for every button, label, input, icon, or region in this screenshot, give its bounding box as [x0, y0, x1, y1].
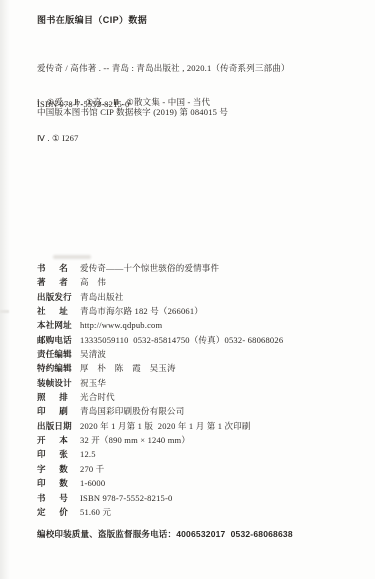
- colophon-row-price: 定价51.60 元: [37, 505, 365, 519]
- colophon-value: 2020 年 1 月第 1 版 2020 年 1 月 第 1 次印刷: [80, 419, 251, 433]
- colophon-value: 13335059110 0532-85814750（传真）0532- 68068…: [80, 333, 283, 347]
- colophon-row-special-editors: 特约编辑厚 朴 陈 霞 吴玉涛: [37, 361, 365, 375]
- cip-classification-line-2: Ⅳ . ① I267: [37, 132, 361, 144]
- colophon-value: 32 开（890 mm × 1240 mm）: [80, 433, 190, 447]
- colophon-value: 青岛出版社: [80, 290, 124, 304]
- colophon-row-isbn: 书号ISBN 978-7-5552-8215-0: [37, 491, 365, 505]
- colophon-label: 责任编辑: [37, 347, 68, 361]
- colophon-value: 高 伟: [80, 275, 106, 289]
- colophon-row-book-title: 书名爱传奇——十个惊世骇俗的爱情事件: [37, 261, 365, 275]
- cip-header: 图书在版编目（CIP）数据: [37, 13, 147, 26]
- colophon-row-editor: 责任编辑吴清波: [37, 347, 365, 361]
- colophon-row-format: 开本32 开（890 mm × 1240 mm）: [37, 433, 365, 447]
- colophon-label: 装帧设计: [37, 376, 68, 390]
- colophon-value: 1-6000: [80, 476, 105, 490]
- colophon-row-publisher: 出版发行青岛出版社: [37, 290, 365, 304]
- colophon-label: 印张: [37, 447, 68, 461]
- colophon-label: 社址: [37, 304, 68, 318]
- colophon-label: 著者: [37, 275, 68, 289]
- colophon-row-designer: 装帧设计祝玉华: [37, 376, 365, 390]
- colophon-label: 书名: [37, 261, 68, 275]
- colophon-value: 爱传奇——十个惊世骇俗的爱情事件: [80, 261, 219, 275]
- scan-edge-artifact: [0, 310, 9, 313]
- colophon-value: 祝玉华: [80, 376, 106, 390]
- colophon-row-word-count: 字数270 千: [37, 462, 365, 476]
- colophon-row-website: 本社网址http://www.qdpub.com: [37, 318, 365, 332]
- colophon-value: 光合时代: [80, 390, 115, 404]
- colophon-row-author: 著者高 伟: [37, 275, 365, 289]
- colophon-label: 照排: [37, 390, 68, 404]
- colophon-label: 字数: [37, 462, 68, 476]
- colophon-value: 吴清波: [80, 347, 106, 361]
- colophon-value: 51.60 元: [80, 505, 111, 519]
- colophon-value: 青岛市海尔路 182 号（266061）: [80, 304, 203, 318]
- colophon-row-sheets: 印张12.5: [37, 447, 365, 461]
- colophon-label: 书号: [37, 491, 68, 505]
- colophon-label: 出版发行: [37, 290, 68, 304]
- colophon-value: 12.5: [80, 447, 96, 461]
- colophon-label: 出版日期: [37, 419, 68, 433]
- book-copyright-page: 图书在版编目（CIP）数据 爱传奇 / 高伟著 . -- 青岛 : 青岛出版社 …: [0, 0, 375, 579]
- colophon-row-order-phone: 邮购电话13335059110 0532-85814750（传真）0532- 6…: [37, 333, 365, 347]
- colophon-value: 青岛国彩印刷股份有限公司: [80, 404, 184, 418]
- colophon-label: 特约编辑: [37, 361, 68, 375]
- colophon-label: 邮购电话: [37, 333, 68, 347]
- colophon-row-publication-date: 出版日期2020 年 1 月第 1 版 2020 年 1 月 第 1 次印刷: [37, 419, 365, 433]
- colophon-label: 开本: [37, 433, 68, 447]
- colophon-value: http://www.qdpub.com: [80, 318, 162, 332]
- cip-classification-block: Ⅰ . ①爱… Ⅱ . ①高… Ⅲ . ①散文集 - 中国 - 当代 Ⅳ . ①…: [37, 72, 361, 168]
- colophon-row-printer: 印刷青岛国彩印刷股份有限公司: [37, 404, 365, 418]
- colophon-label: 印刷: [37, 404, 68, 418]
- quality-service-hotline: 编校印装质量、盗版监督服务电话：4006532017 0532-68068638: [37, 528, 293, 540]
- colophon-row-address: 社址青岛市海尔路 182 号（266061）: [37, 304, 365, 318]
- colophon-label: 定价: [37, 505, 68, 519]
- colophon-row-print-run: 印数1-6000: [37, 476, 365, 490]
- colophon-value: ISBN 978-7-5552-8215-0: [80, 491, 172, 505]
- colophon-list: 书名爱传奇——十个惊世骇俗的爱情事件 著者高 伟 出版发行青岛出版社 社址青岛市…: [37, 261, 365, 519]
- colophon-label: 本社网址: [37, 318, 68, 332]
- colophon-value: 厚 朴 陈 霞 吴玉涛: [80, 361, 176, 375]
- colophon-value: 270 千: [80, 462, 104, 476]
- cip-record-line: 中国版本图书馆 CIP 数据核字 (2019) 第 084015 号: [37, 106, 361, 118]
- scan-smudge-artifact: [53, 255, 91, 259]
- colophon-row-typesetting: 照排光合时代: [37, 390, 365, 404]
- colophon-label: 印数: [37, 476, 68, 490]
